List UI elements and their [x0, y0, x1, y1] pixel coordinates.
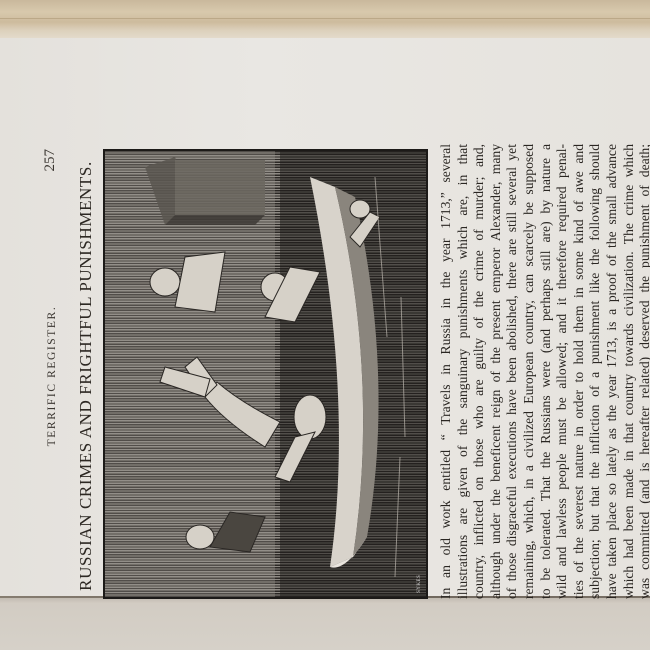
body-line: which had been made in that country towa…: [621, 144, 638, 599]
book-page: TERRIFIC REGISTER. 257 RUSSIAN CRIMES AN…: [0, 38, 650, 596]
boat-scene-engraving: [105, 151, 426, 597]
running-head-title: TERRIFIC REGISTER.: [46, 141, 58, 611]
article-body: In an old work entitled “ Travels in Rus…: [438, 144, 650, 599]
body-line: subjection; but that the infliction of a…: [587, 144, 604, 599]
running-head: TERRIFIC REGISTER. 257: [40, 141, 62, 611]
body-line: wild and lawless people must be allowed;…: [554, 144, 571, 599]
body-line: country, inflicted on those who are guil…: [471, 144, 488, 599]
body-line: illustrations are given of the sanguinar…: [455, 144, 472, 599]
body-line: have taken place so lately as the year 1…: [604, 144, 621, 599]
page-number: 257: [42, 149, 59, 172]
book-page-edges: [0, 0, 650, 40]
body-line: In an old work entitled “ Travels in Rus…: [438, 144, 455, 599]
body-line: ties of the severest nature in order to …: [571, 144, 588, 599]
body-line: to be tolerated. That the Russians were …: [538, 144, 555, 599]
body-line: was committed (and is hereafter related)…: [637, 144, 650, 599]
engraving-illustration: SYKES: [103, 149, 428, 599]
body-line: of those disgraceful executions have bee…: [504, 144, 521, 599]
house-icon: [145, 157, 265, 225]
article-title: RUSSIAN CRIMES AND FRIGHTFUL PUNISHMENTS…: [76, 141, 96, 611]
body-line: remaining, which, in a civilized Europea…: [521, 144, 538, 599]
body-line: although under the beneficent reign of t…: [488, 144, 505, 599]
engraver-signature: SYKES: [417, 575, 422, 593]
rotated-page-content: TERRIFIC REGISTER. 257 RUSSIAN CRIMES AN…: [40, 141, 650, 611]
